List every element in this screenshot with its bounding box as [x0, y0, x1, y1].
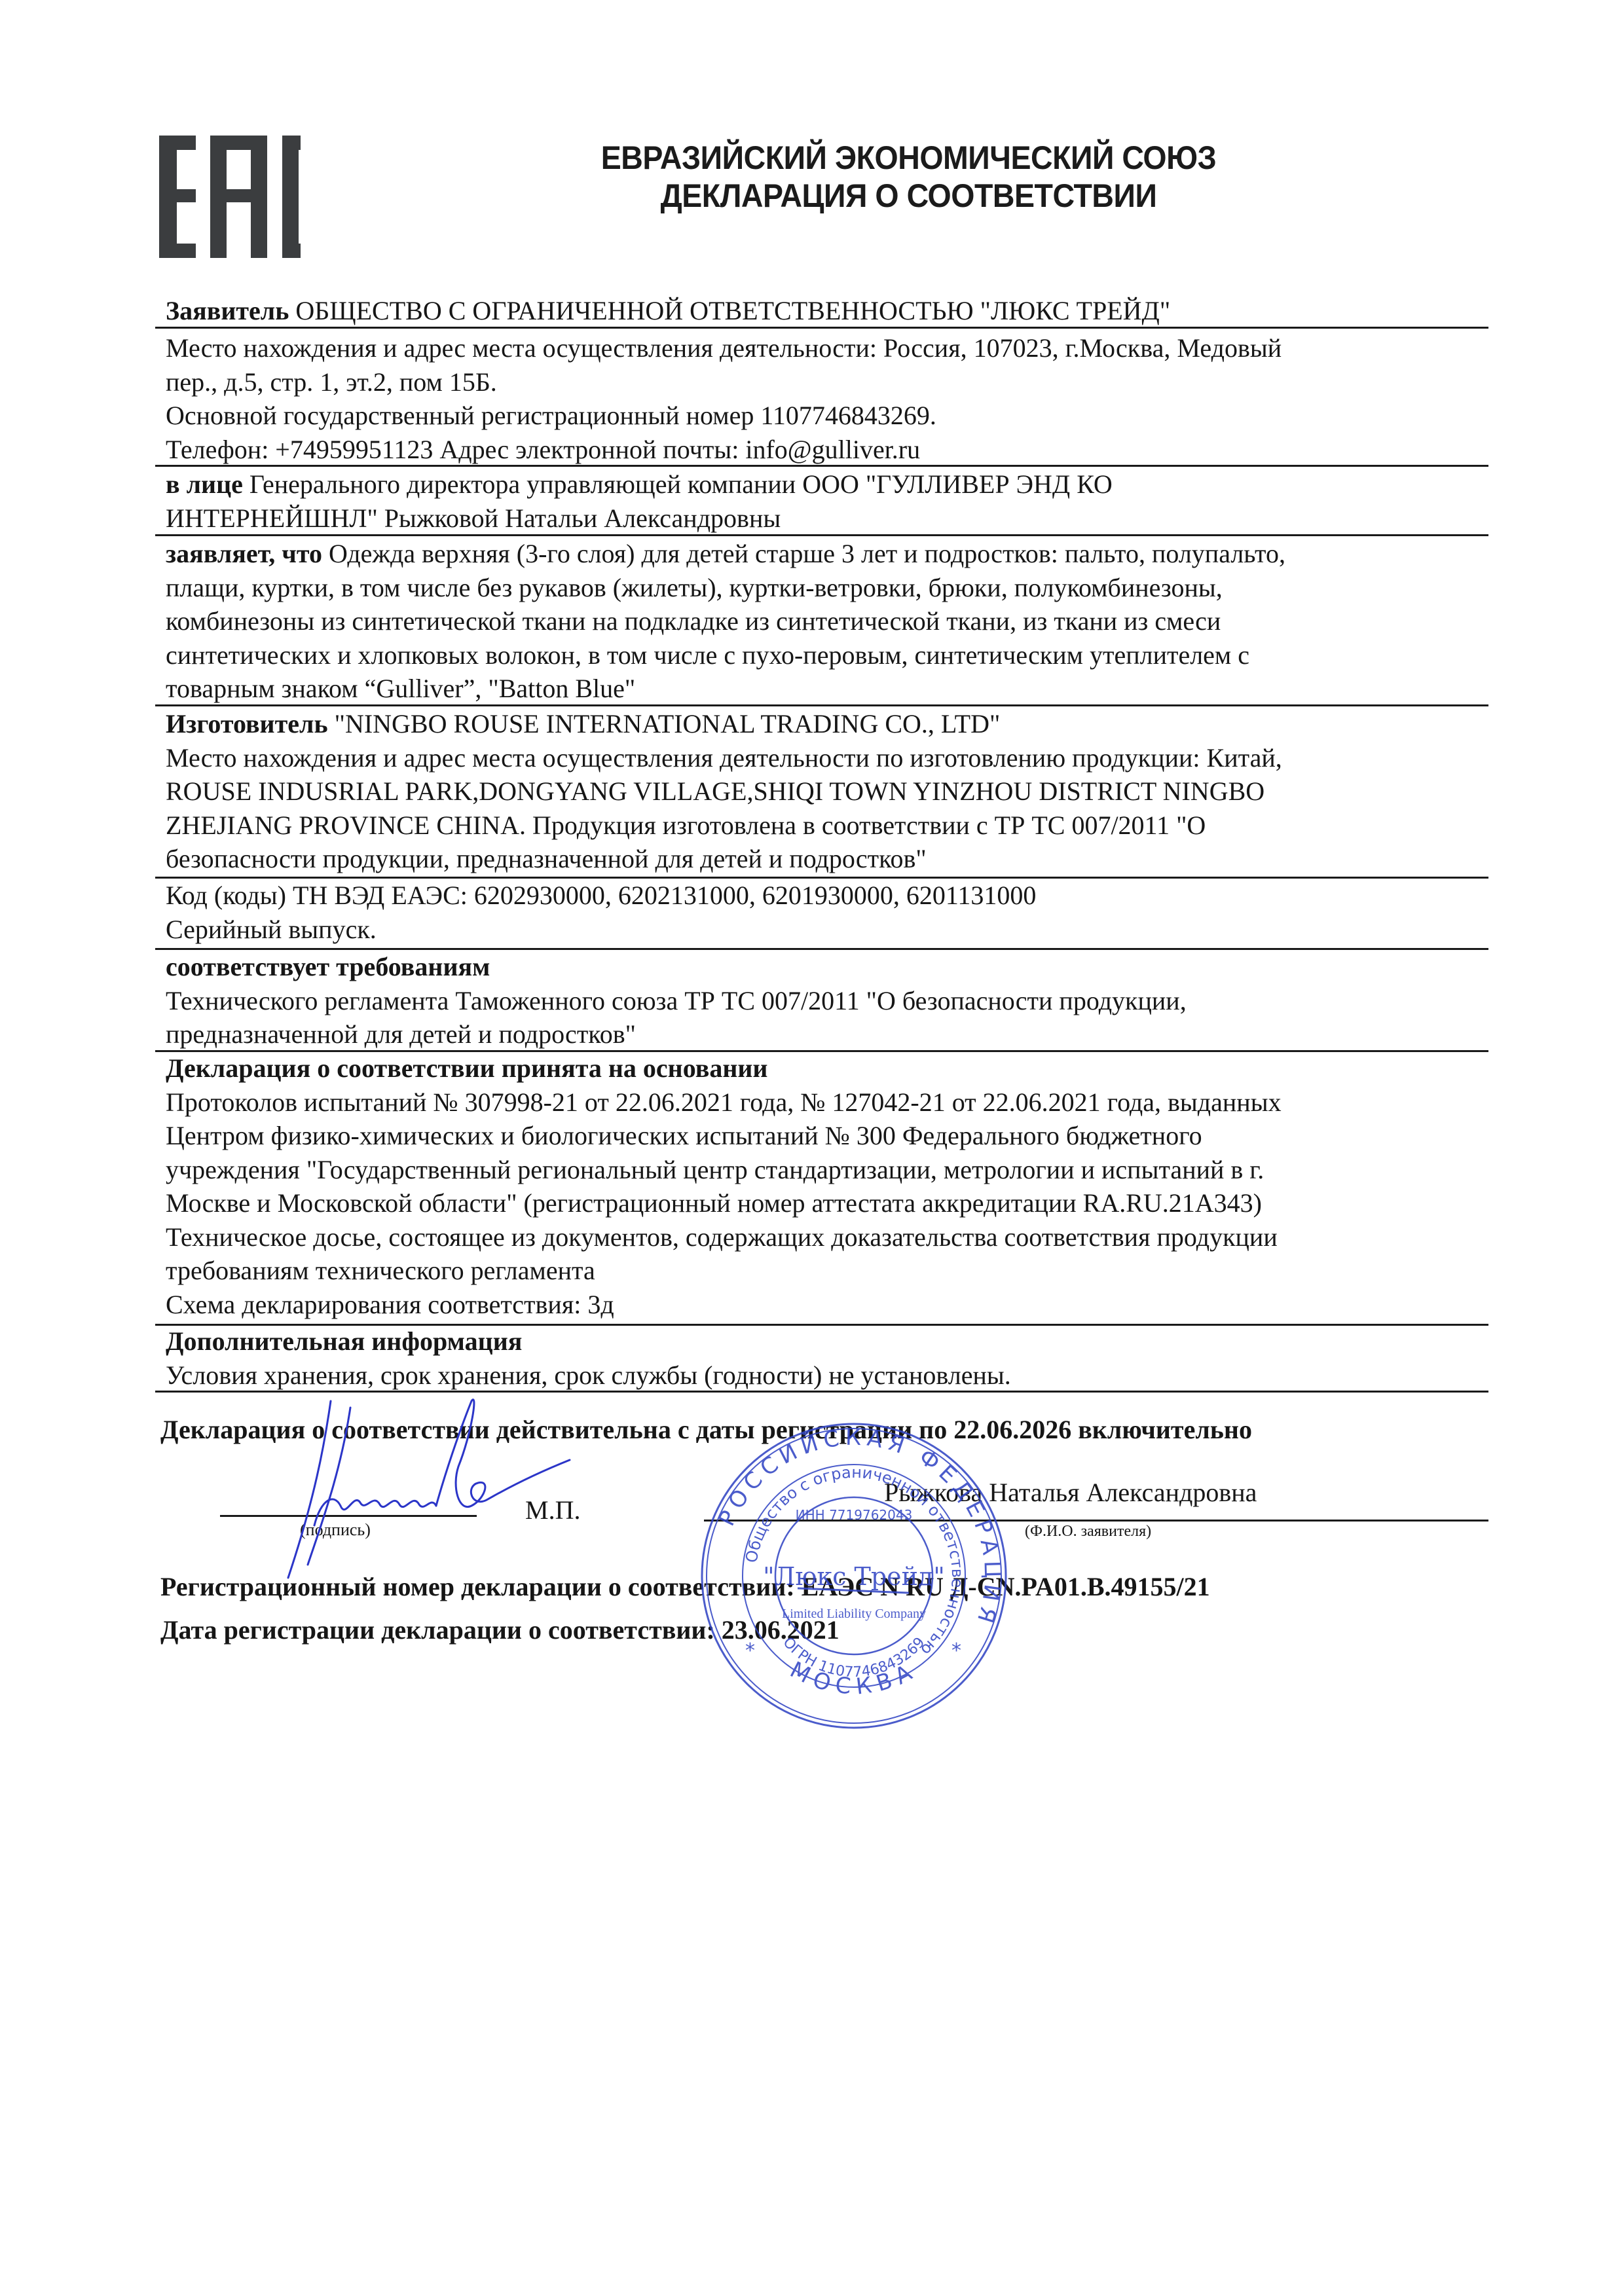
manufacturer-address-4: безопасности продукции, предназначенной …	[166, 842, 1492, 876]
represented-text-1: Генерального директора управляющей компа…	[243, 469, 1113, 499]
declares-text-1: Одежда верхняя (3-го слоя) для детей ста…	[322, 539, 1285, 568]
declares-line-4: синтетических и хлопковых волокон, в том…	[166, 638, 1492, 672]
manufacturer-name: "NINGBO ROUSE INTERNATIONAL TRADING CO.,…	[328, 709, 1001, 738]
declares-section: заявляет, что Одежда верхняя (3-го слоя)…	[166, 537, 1492, 706]
applicant-section: Заявитель ОБЩЕСТВО С ОГРАНИЧЕННОЙ ОТВЕТС…	[166, 294, 1492, 328]
basis-line-4: Москве и Московской области" (регистраци…	[166, 1186, 1492, 1220]
basis-line-6: требованиям технического регламента	[166, 1254, 1492, 1288]
applicant-ogrn: Основной государственный регистрационный…	[166, 399, 1492, 433]
divider	[155, 1391, 1488, 1393]
divider	[155, 327, 1488, 329]
eac-logo: EAC	[159, 136, 301, 258]
divider	[155, 704, 1488, 706]
codes-section: Код (коды) ТН ВЭД ЕАЭС: 6202930000, 6202…	[166, 879, 1492, 946]
manufacturer-section: Изготовитель "NINGBO ROUSE INTERNATIONAL…	[166, 707, 1492, 876]
declares-line-2: плащи, куртки, в том числе без рукавов (…	[166, 571, 1492, 605]
serial-release: Серийный выпуск.	[166, 913, 1492, 947]
manufacturer-label: Изготовитель	[166, 709, 328, 738]
stamp-star-left-icon: *	[745, 1639, 755, 1662]
divider	[155, 534, 1488, 536]
basis-line-2: Центром физико-химических и биологически…	[166, 1119, 1492, 1153]
company-stamp-icon: РОССИЙСКАЯ ФЕДЕРАЦИЯ МОСКВА Общество с о…	[699, 1421, 1008, 1730]
applicant-line: Заявитель ОБЩЕСТВО С ОГРАНИЧЕННОЙ ОТВЕТС…	[166, 294, 1492, 328]
additional-line-1: Условия хранения, срок хранения, срок сл…	[166, 1358, 1492, 1393]
manufacturer-address-1: Место нахождения и адрес места осуществл…	[166, 741, 1492, 775]
additional-label: Дополнительная информация	[166, 1324, 1492, 1358]
stamp-inn: ИНН 7719762043	[796, 1507, 913, 1523]
basis-section: Декларация о соответствии принята на осн…	[166, 1051, 1492, 1321]
manufacturer-line: Изготовитель "NINGBO ROUSE INTERNATIONAL…	[166, 707, 1492, 741]
represented-section: в лице Генерального директора управляюще…	[166, 467, 1492, 535]
header-document-title: ДЕКЛАРАЦИЯ О СООТВЕТСТВИИ	[587, 177, 1230, 215]
applicant-name: ОБЩЕСТВО С ОГРАНИЧЕННОЙ ОТВЕТСТВЕННОСТЬЮ…	[289, 296, 1170, 325]
applicant-details: Место нахождения и адрес места осуществл…	[166, 331, 1492, 466]
additional-section: Дополнительная информация Условия хранен…	[166, 1324, 1492, 1392]
basis-line-1: Протоколов испытаний № 307998-21 от 22.0…	[166, 1085, 1492, 1120]
conforms-label: соответствует требованиям	[166, 950, 1492, 984]
applicant-address-2: пер., д.5, стр. 1, эт.2, пом 15Б.	[166, 365, 1492, 399]
stamp-inner-text: Общество с ограниченной ответственностью	[742, 1463, 967, 1659]
declares-line-5: товарным знаком “Gulliver”, "Batton Blue…	[166, 672, 1492, 706]
declares-line-1: заявляет, что Одежда верхняя (3-го слоя)…	[166, 537, 1492, 571]
declares-line-3: комбинезоны из синтетической ткани на по…	[166, 604, 1492, 638]
represented-label: в лице	[166, 469, 243, 499]
header-union-title: ЕВРАЗИЙСКИЙ ЭКОНОМИЧЕСКИЙ СОЮЗ	[587, 139, 1230, 177]
applicant-label: Заявитель	[166, 296, 289, 325]
signer-caption: (Ф.И.О. заявителя)	[1025, 1523, 1151, 1540]
manufacturer-address-2: ROUSE INDUSRIAL PARK,DONGYANG VILLAGE,SH…	[166, 774, 1492, 809]
declares-label: заявляет, что	[166, 539, 322, 568]
tnved-codes: Код (коды) ТН ВЭД ЕАЭС: 6202930000, 6202…	[166, 879, 1492, 913]
manufacturer-address-3: ZHEJIANG PROVINCE CHINA. Продукция изгот…	[166, 809, 1492, 843]
represented-line-2: ИНТЕРНЕЙШНЛ" Рыжковой Натальи Александро…	[166, 501, 1492, 536]
basis-line-7: Схема декларирования соответствия: 3д	[166, 1288, 1492, 1322]
handwritten-signature-icon	[262, 1394, 576, 1584]
basis-line-5: Техническое досье, состоящее из документ…	[166, 1220, 1492, 1254]
conforms-line-2: предназначенной для детей и подростков"	[166, 1017, 1492, 1051]
stamp-company-en: Limited Liability Company	[782, 1607, 926, 1621]
applicant-contacts: Телефон: +74959951123 Адрес электронной …	[166, 433, 1492, 467]
conforms-section: соответствует требованиям Технического р…	[166, 950, 1492, 1051]
stamp-star-right-icon: *	[951, 1639, 961, 1662]
basis-label: Декларация о соответствии принята на осн…	[166, 1051, 1492, 1085]
conforms-line-1: Технического регламента Таможенного союз…	[166, 984, 1492, 1018]
applicant-address-1: Место нахождения и адрес места осуществл…	[166, 331, 1492, 365]
basis-line-3: учреждения "Государственный региональный…	[166, 1153, 1492, 1187]
divider	[155, 465, 1488, 467]
stamp-company-name: "Люкс Трейд"	[763, 1562, 945, 1591]
represented-line-1: в лице Генерального директора управляюще…	[166, 467, 1492, 501]
svg-text:Общество с ограниченной ответс: Общество с ограниченной ответственностью	[742, 1463, 967, 1659]
